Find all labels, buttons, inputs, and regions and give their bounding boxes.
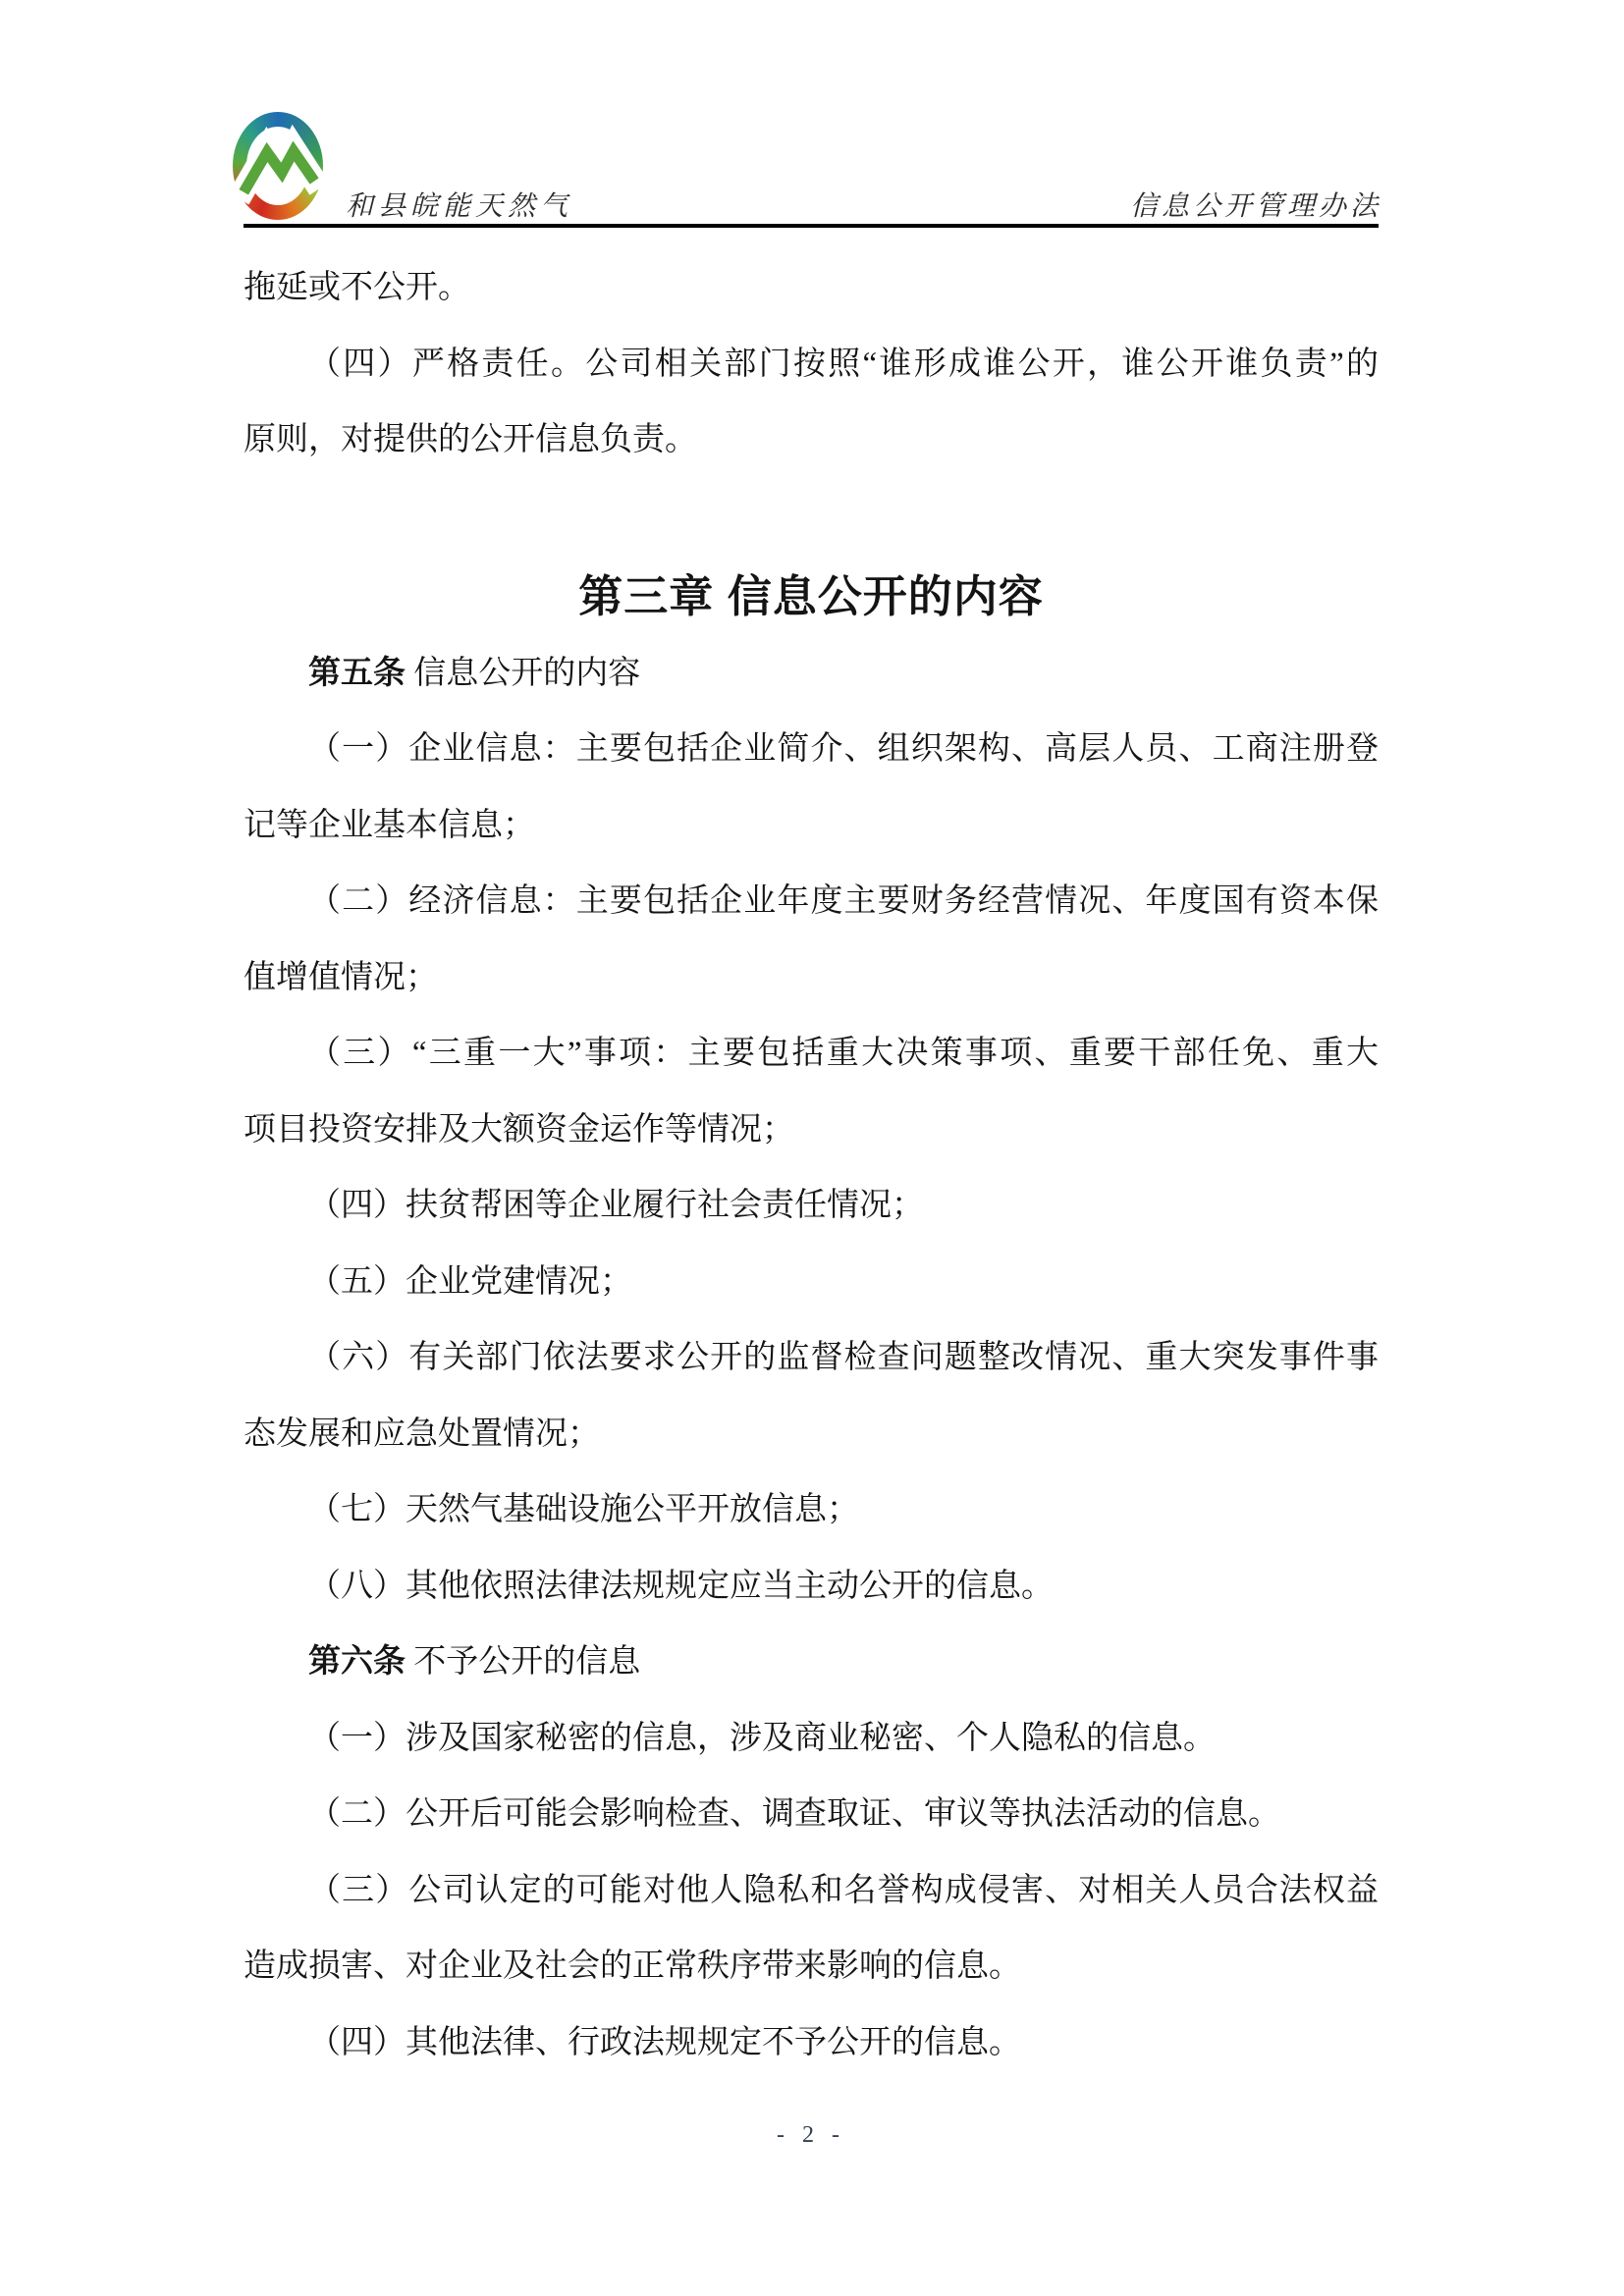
body-line: （四）扶贫帮困等企业履行社会责任情况； <box>244 1168 1379 1245</box>
body-line: （二）经济信息：主要包括企业年度主要财务经营情况、年度国有资本保 <box>244 864 1379 940</box>
body-line: 造成损害、对企业及社会的正常秩序带来影响的信息。 <box>244 1929 1379 2005</box>
body-line: 第六条 不予公开的信息 <box>244 1625 1379 1701</box>
body-line: （三）“三重一大”事项：主要包括重大决策事项、重要干部任免、重大 <box>244 1016 1379 1093</box>
body-line: （三）公司认定的可能对他人隐私和名誉构成侵害、对相关人员合法权益 <box>244 1853 1379 1930</box>
body-line: （四）其他法律、行政法规规定不予公开的信息。 <box>244 2005 1379 2082</box>
article-number: 第五条 <box>308 656 406 691</box>
header-rule <box>244 224 1379 228</box>
body-line: 记等企业基本信息； <box>244 788 1379 865</box>
chapter-heading: 第三章 信息公开的内容 <box>244 558 1379 636</box>
body-line: （一）企业信息：主要包括企业简介、组织架构、高层人员、工商注册登 <box>244 712 1379 788</box>
paragraphs-before-title: 拖延或不公开。（四）严格责任。公司相关部门按照“谁形成谁公开，谁公开谁负责”的原… <box>244 250 1379 479</box>
body-line: （八）其他依照法律法规规定应当主动公开的信息。 <box>244 1549 1379 1626</box>
body-line: 原则，对提供的公开信息负责。 <box>244 402 1379 479</box>
body-line: 第五条 信息公开的内容 <box>244 636 1379 713</box>
body-line: 值增值情况； <box>244 940 1379 1017</box>
page-header: 和县皖能天然气 信息公开管理办法 <box>0 0 1624 236</box>
body-line: （二）公开后可能会影响检查、调查取证、审议等执法活动的信息。 <box>244 1777 1379 1853</box>
company-logo-icon <box>233 112 323 220</box>
body-line: （一）涉及国家秘密的信息，涉及商业秘密、个人隐私的信息。 <box>244 1701 1379 1778</box>
article-number: 第六条 <box>308 1644 406 1680</box>
body-line: 拖延或不公开。 <box>244 250 1379 327</box>
body-line: 态发展和应急处置情况； <box>244 1397 1379 1473</box>
mountain-m-icon <box>233 112 323 220</box>
document-body: 拖延或不公开。（四）严格责任。公司相关部门按照“谁形成谁公开，谁公开谁负责”的原… <box>244 250 1379 2081</box>
body-line: （五）企业党建情况； <box>244 1245 1379 1321</box>
document-page: 和县皖能天然气 信息公开管理办法 拖延或不公开。（四）严格责任。公司相关部门按照… <box>0 0 1624 2296</box>
paragraphs-after-title: 第五条 信息公开的内容（一）企业信息：主要包括企业简介、组织架构、高层人员、工商… <box>244 636 1379 2082</box>
header-doc-title: 信息公开管理办法 <box>1130 185 1381 224</box>
body-line: （七）天然气基础设施公平开放信息； <box>244 1472 1379 1549</box>
company-name: 和县皖能天然气 <box>346 185 572 224</box>
body-line: （四）严格责任。公司相关部门按照“谁形成谁公开，谁公开谁负责”的 <box>244 327 1379 403</box>
page-number: - 2 - <box>244 2122 1379 2149</box>
body-line: 项目投资安排及大额资金运作等情况； <box>244 1093 1379 1169</box>
body-line: （六）有关部门依法要求公开的监督检查问题整改情况、重大突发事件事 <box>244 1320 1379 1397</box>
